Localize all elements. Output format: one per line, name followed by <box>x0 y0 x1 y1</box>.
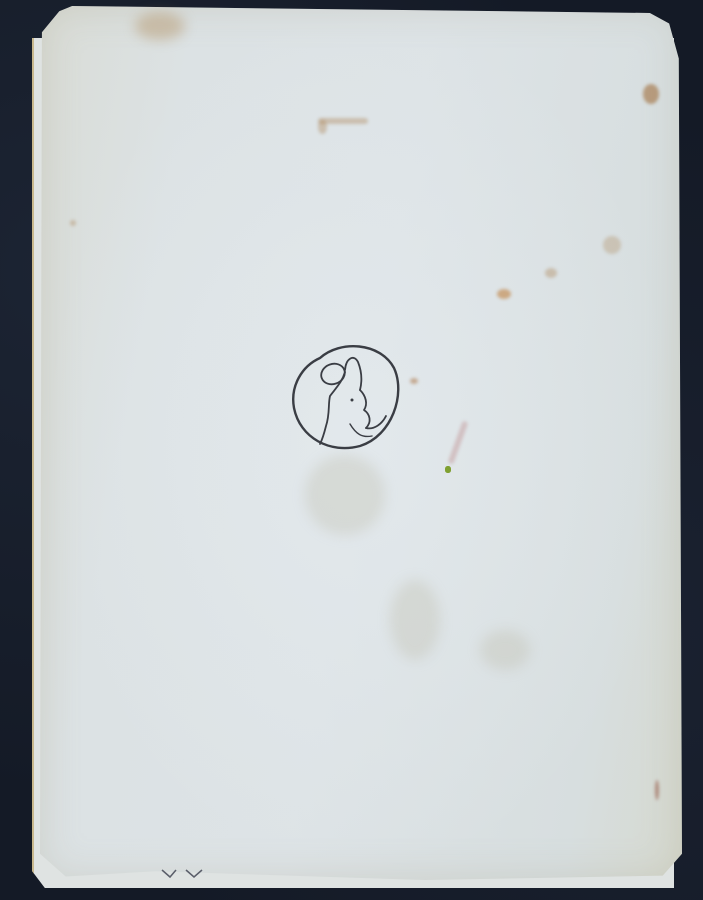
faint-water-stain <box>390 580 440 660</box>
top-left-stain <box>135 12 185 40</box>
rabbit-sketch-icon <box>290 338 402 452</box>
foxing-spot <box>497 289 511 299</box>
top-center-streak-stain-drop <box>318 120 327 134</box>
foxing-spot <box>410 378 418 384</box>
faint-water-stain <box>480 630 530 670</box>
top-right-corner-stain <box>643 84 659 104</box>
bottom-right-tear-stain <box>655 780 659 800</box>
foxing-spot <box>603 236 621 254</box>
green-fleck <box>445 466 451 473</box>
bottom-pencil-mark <box>160 866 210 880</box>
faint-water-stain <box>305 455 385 535</box>
foxing-spot <box>545 268 557 278</box>
foxing-spot <box>70 220 76 226</box>
